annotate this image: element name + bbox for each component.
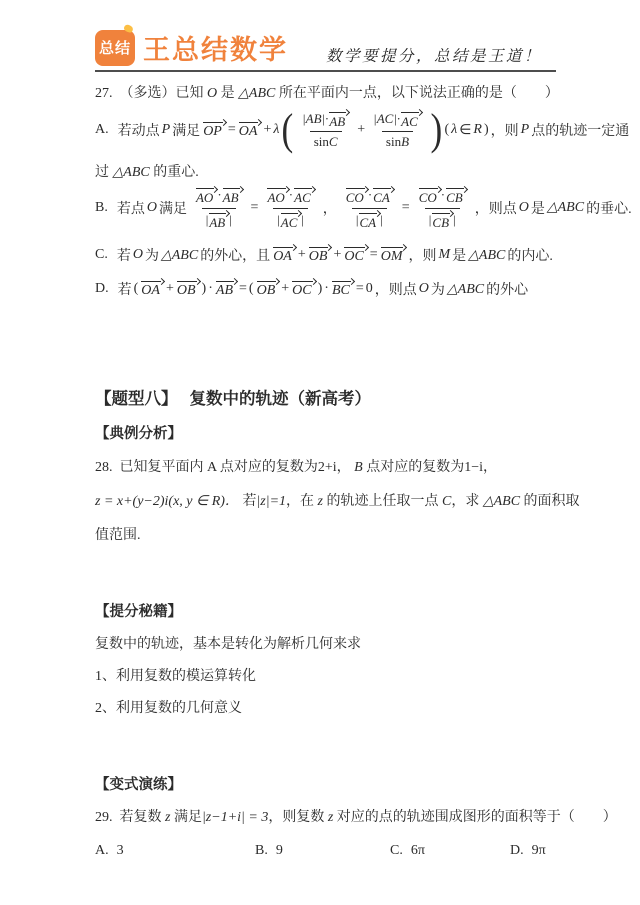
right-paren: ) bbox=[318, 281, 323, 297]
label-dianli-fenxi: 【典例分析】 bbox=[95, 422, 556, 443]
page-content: 27.（多选）已知 O 是 △ABC 所在平面内一点，以下说法正确的是（ ） A… bbox=[0, 82, 640, 859]
q29-option-b: B.9 bbox=[255, 843, 390, 859]
abs-bar: | bbox=[380, 213, 383, 228]
right-paren: ) bbox=[484, 122, 489, 138]
fraction: AO·AB |AB| bbox=[191, 186, 247, 229]
text-segment: 为 bbox=[145, 245, 159, 265]
math-var: O bbox=[147, 200, 157, 216]
triangle-term: △ABC bbox=[161, 247, 198, 264]
section-title-topic8: 【题型八】复数中的轨迹（新高考） bbox=[95, 385, 556, 409]
option-value: 3 bbox=[117, 843, 124, 858]
lambda-symbol: λ bbox=[451, 122, 457, 138]
vector-term: OM bbox=[380, 246, 407, 265]
badge-spark-icon bbox=[123, 23, 134, 32]
text-segment: 若复数 bbox=[120, 810, 162, 825]
math-var: P bbox=[521, 122, 530, 138]
topic8-title: 复数中的轨迹（新高考） bbox=[190, 389, 372, 408]
q27-option-a-cont: 过 △ABC 的重心. bbox=[95, 161, 556, 181]
text-segment: 的面积取 bbox=[524, 494, 580, 509]
text-segment: 若 bbox=[118, 279, 132, 299]
equals-sign: = bbox=[370, 247, 378, 263]
option-label: A. bbox=[95, 122, 109, 138]
abs-bar: | bbox=[301, 213, 304, 228]
math-var: O bbox=[133, 247, 143, 263]
vector-term: AB bbox=[215, 280, 237, 299]
plus-sign: + bbox=[281, 281, 289, 297]
vector-term: OA bbox=[140, 280, 164, 299]
question-number: 28. bbox=[95, 460, 113, 475]
fraction: CO·CB |CB| bbox=[414, 186, 471, 229]
vector-term: AO bbox=[266, 187, 288, 205]
vector-term: AB bbox=[328, 111, 349, 129]
math-var: A bbox=[207, 460, 216, 475]
triangle-term: △ABC bbox=[483, 494, 520, 509]
triangle-term: △ABC bbox=[238, 86, 275, 101]
text-segment: 若点 bbox=[117, 198, 145, 218]
text-segment: 的轨迹上任取一点 bbox=[326, 494, 438, 509]
question-29-stem: 29.若复数 z 满足|z−1+i| = 3，则复数 z 对应的点的轨迹围成图形… bbox=[95, 806, 556, 826]
vector-term: CB bbox=[431, 212, 453, 230]
question-27-stem: 27.（多选）已知 O 是 △ABC 所在平面内一点，以下说法正确的是（ ） bbox=[95, 82, 556, 102]
header-divider bbox=[95, 70, 556, 72]
abs-magnitude: |AB|· bbox=[302, 112, 328, 127]
vector-term: OB bbox=[176, 280, 200, 299]
logo-badge: 总结 bbox=[95, 30, 135, 66]
vector-term: AC bbox=[293, 187, 315, 205]
equals-sign: = bbox=[239, 281, 247, 297]
equals-sign: = bbox=[356, 281, 364, 297]
math-var: z bbox=[165, 810, 170, 825]
plus-sign: + bbox=[166, 281, 174, 297]
text-segment: ，则点 bbox=[375, 279, 417, 299]
text-segment: 的垂心. bbox=[586, 198, 632, 218]
sin-function: sin bbox=[314, 135, 329, 150]
vector-term: OP bbox=[202, 121, 226, 140]
text-segment: ，则 bbox=[491, 120, 519, 140]
tip-line: 2、利用复数的几何意义 bbox=[95, 697, 556, 717]
vector-term: OC bbox=[291, 280, 315, 299]
vector-term: CO bbox=[418, 187, 441, 205]
math-var: O bbox=[519, 200, 529, 216]
topic8-tag: 【题型八】 bbox=[95, 389, 178, 408]
math-expression: 1−i bbox=[464, 460, 483, 475]
math-var: O bbox=[419, 281, 429, 297]
q27-option-d: D. 若 ( OA + OB ) · AB = ( OB + OC ) · BC… bbox=[95, 279, 556, 299]
text-segment: 对应的点的轨迹围成图形的面积等于（ ） bbox=[337, 810, 617, 825]
big-left-paren: ( bbox=[282, 108, 294, 152]
math-var: z bbox=[318, 494, 323, 509]
vector-term: BC bbox=[331, 280, 354, 299]
text-segment: ，求 bbox=[451, 494, 479, 509]
text-segment: 点对应的复数为 bbox=[220, 460, 318, 475]
math-var: P bbox=[162, 122, 171, 138]
text-segment: ，则复数 bbox=[268, 810, 324, 825]
triangle-term: △ABC bbox=[447, 281, 484, 298]
option-label: B. bbox=[255, 843, 268, 858]
vector-term: CO bbox=[345, 187, 368, 205]
vector-term: OA bbox=[238, 121, 262, 140]
option-label: D. bbox=[95, 281, 109, 297]
label-tifen-miji: 【提分秘籍】 bbox=[95, 600, 556, 621]
text-segment: （多选）已知 bbox=[120, 86, 204, 101]
text-segment: ，则点 bbox=[475, 198, 517, 218]
triangle-term: △ABC bbox=[113, 165, 150, 180]
plus-sign: + bbox=[263, 122, 271, 138]
question-number: 27. bbox=[95, 86, 113, 101]
math-expression: z = x+(y−2)i(x, y ∈ R)． bbox=[95, 494, 239, 509]
vector-term: AB bbox=[222, 187, 243, 205]
math-var: C bbox=[329, 135, 338, 150]
text-segment: 为 bbox=[431, 279, 445, 299]
abs-bar: | bbox=[229, 213, 232, 228]
q29-answer-options: A.3 B.9 C.6π D.9π bbox=[95, 843, 556, 859]
option-value: 6π bbox=[411, 843, 425, 858]
text-segment: 是 bbox=[221, 86, 235, 101]
plus-sign: + bbox=[333, 247, 341, 263]
fraction: |AC|·AC sinB bbox=[369, 110, 426, 151]
q27-option-a: A. 若动点 P 满足 OP = OA + λ ( |AB|·AB sinC +… bbox=[95, 108, 556, 152]
math-var: M bbox=[438, 247, 450, 263]
vector-term: AO bbox=[195, 187, 217, 205]
logo-badge-text: 总结 bbox=[99, 37, 131, 58]
fraction: CO·CA |CA| bbox=[341, 186, 398, 229]
comma: ， bbox=[483, 460, 497, 475]
math-var: O bbox=[207, 86, 217, 101]
right-paren: ) bbox=[202, 281, 207, 297]
element-of: ∈ bbox=[459, 122, 471, 139]
equals-sign: = bbox=[402, 200, 410, 216]
text-segment: 满足 bbox=[172, 120, 200, 140]
text-segment: 所在平面内一点，以下说法正确的是（ ） bbox=[279, 86, 559, 101]
option-value: 9π bbox=[532, 843, 546, 858]
math-var: C bbox=[442, 494, 451, 509]
tip-line: 复数中的轨迹，基本是转化为解析几何来求 bbox=[95, 633, 556, 653]
math-var: z bbox=[328, 810, 333, 825]
dot-operator: · bbox=[208, 281, 213, 297]
text-segment: 满足 bbox=[174, 810, 202, 825]
option-label: B. bbox=[95, 200, 108, 216]
vector-term: OC bbox=[343, 246, 367, 265]
left-paren: ( bbox=[134, 281, 139, 297]
comma: ， bbox=[337, 460, 351, 475]
vector-term: OB bbox=[256, 280, 280, 299]
math-expression: |z−1+i| = 3 bbox=[202, 810, 268, 825]
vector-term: CA bbox=[372, 187, 394, 205]
vector-term: AC bbox=[400, 111, 422, 129]
plus-sign: + bbox=[298, 247, 306, 263]
brand-logo: 总结 王总结数学 bbox=[95, 28, 288, 67]
text-segment: 是 bbox=[531, 198, 545, 218]
vector-term: AB bbox=[208, 212, 229, 230]
math-var: B bbox=[354, 460, 363, 475]
vector-term: AC bbox=[280, 212, 302, 230]
triangle-term: △ABC bbox=[468, 247, 505, 264]
q27-option-b: B. 若点 O 满足 AO·AB |AB| = AO·AC |AC| ， CO·… bbox=[95, 186, 556, 229]
option-label: D. bbox=[510, 843, 524, 858]
label-bianshi-yanlian: 【变式演练】 bbox=[95, 773, 556, 794]
text-segment: 满足 bbox=[159, 198, 187, 218]
math-var: B bbox=[401, 135, 409, 150]
vector-term: OB bbox=[308, 246, 332, 265]
text-segment: 已知复平面内 bbox=[120, 460, 204, 475]
question-number: 29. bbox=[95, 810, 113, 825]
lambda-symbol: λ bbox=[273, 122, 279, 138]
text-segment: ，则 bbox=[408, 245, 436, 265]
question-28-line2: z = x+(y−2)i(x, y ∈ R)． 若|z|=1，在 z 的轨迹上任… bbox=[95, 490, 556, 510]
tip-line: 1、利用复数的模运算转化 bbox=[95, 665, 556, 685]
zero-value: 0 bbox=[366, 281, 373, 297]
q29-option-d: D.9π bbox=[510, 843, 546, 859]
q29-option-a: A.3 bbox=[95, 843, 255, 859]
equals-sign: = bbox=[228, 122, 236, 138]
text-segment: 点对应的复数为 bbox=[366, 460, 464, 475]
left-paren: ( bbox=[444, 122, 449, 138]
option-value: 9 bbox=[276, 843, 283, 858]
worksheet-page: 总结 王总结数学 数学要提分，总结是王道！ 27.（多选）已知 O 是 △ABC… bbox=[0, 0, 640, 905]
abs-magnitude: |AC|· bbox=[373, 112, 400, 127]
text-segment: 的内心. bbox=[507, 245, 553, 265]
text-segment: 若 bbox=[242, 494, 256, 509]
text-segment: 的外心 bbox=[486, 279, 528, 299]
equals-sign: = bbox=[251, 200, 259, 216]
brand-name: 王总结数学 bbox=[143, 28, 288, 67]
dot-operator: · bbox=[324, 281, 329, 297]
option-label: C. bbox=[95, 247, 108, 263]
vector-term: OA bbox=[272, 246, 296, 265]
q27-option-c: C. 若 O 为 △ABC 的外心，且 OA + OB + OC = OM ，则… bbox=[95, 245, 556, 265]
triangle-term: △ABC bbox=[547, 199, 584, 216]
header-slogan: 数学要提分，总结是王道！ bbox=[326, 44, 542, 66]
abs-bar: | bbox=[453, 213, 456, 228]
math-expression: |z|=1 bbox=[256, 494, 286, 509]
vector-term: CB bbox=[445, 187, 467, 205]
option-label: C. bbox=[390, 843, 403, 858]
text-segment: ，在 bbox=[286, 494, 314, 509]
page-header: 总结 王总结数学 数学要提分，总结是王道！ bbox=[0, 0, 640, 67]
plus-sign: + bbox=[357, 122, 365, 138]
text-segment: 是 bbox=[452, 245, 466, 265]
question-28-line3: 值范围. bbox=[95, 524, 556, 544]
text-segment: 点的轨迹一定通 bbox=[531, 120, 629, 140]
big-right-paren: ) bbox=[430, 108, 442, 152]
text-segment: 的重心. bbox=[153, 165, 199, 180]
question-28-line1: 28.已知复平面内 A 点对应的复数为2+i， B 点对应的复数为1−i， bbox=[95, 456, 556, 476]
math-var: R bbox=[473, 122, 482, 138]
text-segment: 若 bbox=[117, 245, 131, 265]
math-expression: 2+i bbox=[318, 460, 337, 475]
text-segment: 过 bbox=[95, 165, 109, 180]
left-paren: ( bbox=[249, 281, 254, 297]
text-segment: 的外心，且 bbox=[200, 245, 270, 265]
fraction: AO·AC |AC| bbox=[262, 186, 318, 229]
text-segment: 若动点 bbox=[118, 120, 160, 140]
option-label: A. bbox=[95, 843, 109, 858]
q29-option-c: C.6π bbox=[390, 843, 510, 859]
sin-function: sin bbox=[386, 135, 401, 150]
comma: ， bbox=[323, 198, 337, 218]
fraction: |AB|·AB sinC bbox=[298, 110, 353, 151]
vector-term: CA bbox=[358, 212, 380, 230]
